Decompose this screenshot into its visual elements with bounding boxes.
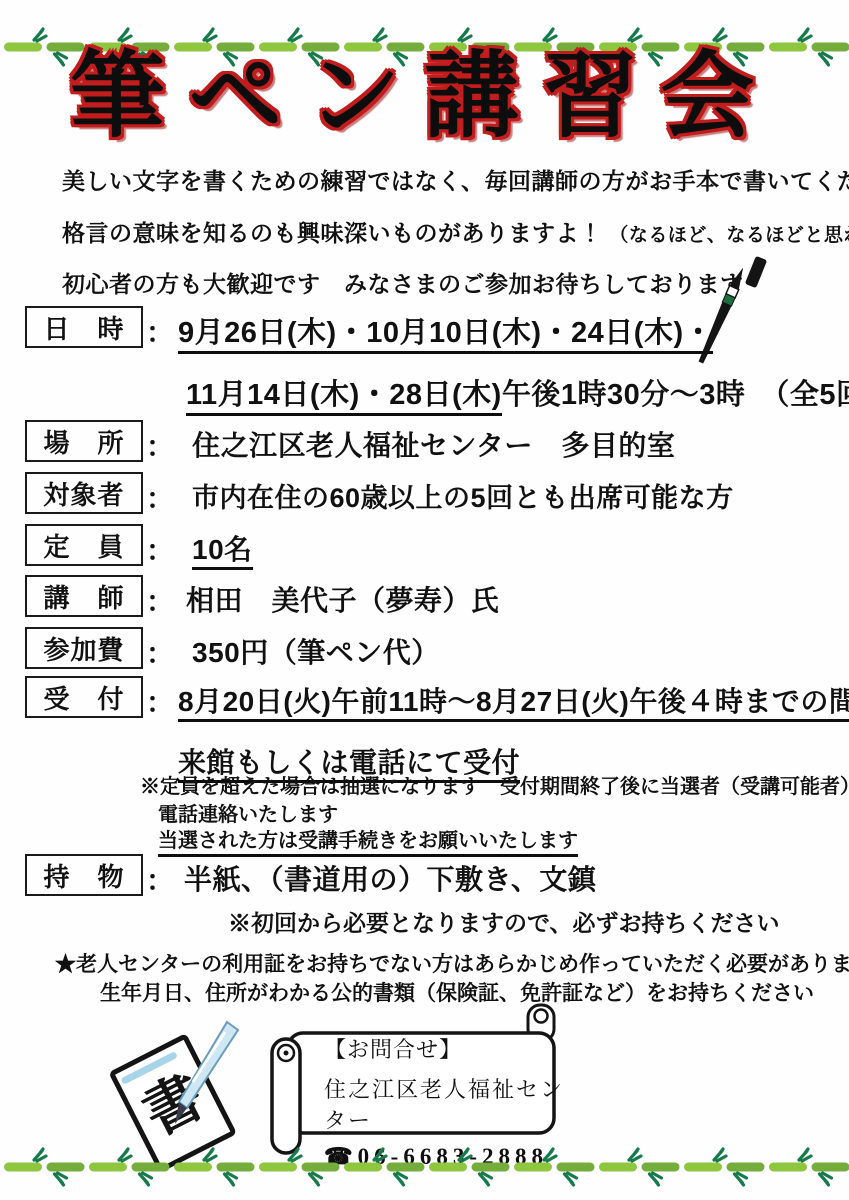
capacity-text: 10名 [192,534,253,570]
colon-reception: ： [146,681,174,721]
label-belongings: 持 物 [25,854,143,896]
row-instructor: 講 師 ： 相田 美代子（夢寿）氏 [25,575,500,620]
reception-note-1: ※定員を超えた場合は抽選になります 受付期間終了後に当選者（受講可能者）の方のみ [140,770,849,799]
fee-text: 350円（筆ペン代） [178,631,440,671]
intro-line-3: 初心者の方も大歓迎です みなさまのご参加お待ちしております [62,266,744,299]
row-belongings: 持 物 ： 半紙、（書道用の）下敷き、文鎮 [25,854,596,899]
row-place: 場 所 ： 住之江区老人福祉センター 多目的室 [25,420,675,465]
label-instructor: 講 師 [25,575,143,617]
colon-target: ： [146,477,174,517]
colon-place: ： [146,425,174,465]
colon-instructor: ： [146,580,174,620]
page-title: 筆ペン講習会 [0,42,849,150]
contact-org: 住之江区老人福祉センター [324,1073,572,1135]
label-datetime: 日 時 [25,306,143,348]
label-reception: 受 付 [25,676,143,718]
flyer-page: 筆ペン講習会 美しい文字を書くための練習ではなく、毎回講師の方がお手本で書いてく… [0,0,849,1200]
instructor-text: 相田 美代子（夢寿）氏 [178,579,500,619]
reception-line-1: 8月20日(火)午前11時～8月27日(火)午後４時までの間、 [178,686,849,722]
reception-note-3: 当選された方は受講手続きをお願いいたします [158,824,578,853]
row-reception: 受 付 ： 8月20日(火)午前11時～8月27日(火)午後４時までの間、 来館… [25,676,849,781]
label-fee: 参加費 [25,627,143,669]
contact-scroll: 【お問合せ】 住之江区老人福祉センター ☎06-6683-2888 [262,1003,572,1158]
contact-heading: 【お問合せ】 [324,1033,572,1064]
row-fee: 参加費 ： 350円（筆ペン代） [25,627,440,672]
datetime-line-1: 9月26日(木)・10月10日(木)・24日(木)・ [178,317,713,354]
place-text: 住之江区老人福祉センター 多目的室 [178,424,675,464]
belongings-note: ※初回から必要となりますので、必ずお持ちください [228,905,780,938]
intro-line-2: 格言の意味を知るのも興味深いものがありますよ！ （なるほど、なるほどと思われるか… [62,215,849,248]
intro-line-2-main: 格言の意味を知るのも興味深いものがありますよ！ [62,220,603,246]
datetime-line-2-time: 午後1時30分～3時 （全5回） [502,379,849,411]
label-place: 場 所 [25,420,143,462]
colon-capacity: ： [146,529,174,569]
intro-line-1: 美しい文字を書くための練習ではなく、毎回講師の方がお手本で書いてくださる [62,163,849,196]
label-capacity: 定 員 [25,524,143,566]
row-capacity: 定 員 ： 10名 [25,524,253,569]
row-target: 対象者 ： 市内在住の60歳以上の5回とも出席可能な方 [25,472,734,517]
label-target: 対象者 [25,472,143,514]
intro-line-2-note: （なるほど、なるほどと思われるかも…） [609,225,849,246]
target-text: 市内在住の60歳以上の5回とも出席可能な方 [178,476,734,515]
colon-datetime: ： [146,311,174,351]
bamboo-border-bottom [0,1144,849,1190]
colon-fee: ： [146,632,174,672]
reception-note-3-text: 当選された方は受講手続きをお願いいたします [158,830,578,857]
row-datetime: 日 時 ： 9月26日(木)・10月10日(木)・24日(木)・ 11月14日(… [25,306,849,413]
colon-belongings: ： [146,859,174,899]
star-note-1: ★老人センターの利用証をお持ちでない方はあらかじめ作っていただく必要があります [55,948,849,978]
datetime-line-2-dates: 11月14日(木)・28日(木) [186,379,502,416]
reception-note-2: 電話連絡いたします [158,798,338,827]
belongings-text: 半紙、（書道用の）下敷き、文鎮 [178,858,596,898]
